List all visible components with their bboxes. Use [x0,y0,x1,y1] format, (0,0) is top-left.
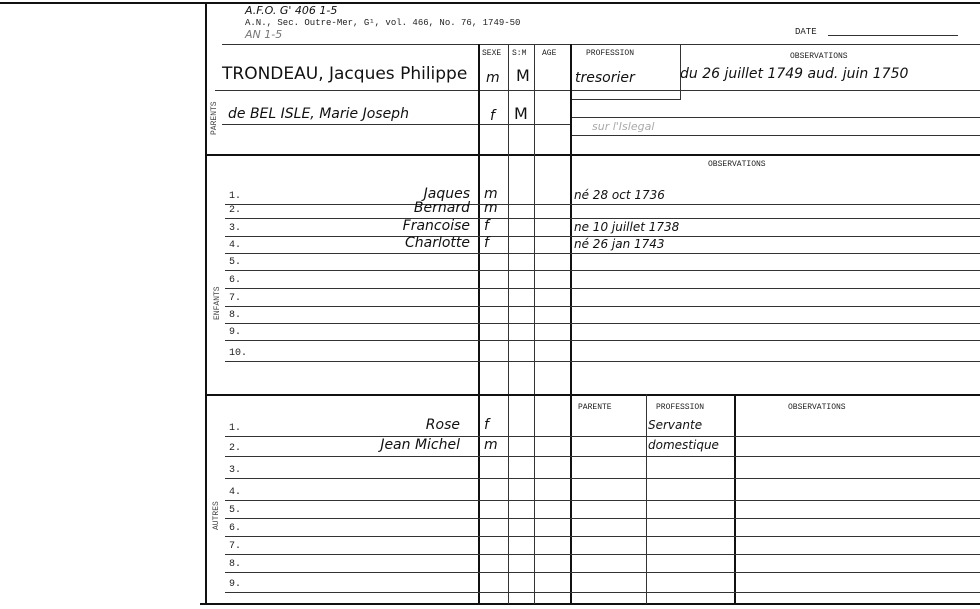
row-line [225,592,980,593]
enfant-sexe: f [484,235,489,251]
enfant-row-number: 2. [229,205,241,216]
autre-name: Rose [370,417,460,433]
col-age-header: AGE [542,49,556,58]
autre-profession: domestique [648,438,719,452]
autre-row-number: 9. [229,579,241,590]
col-sm-header: S:M [512,49,526,58]
mother-sm: M [514,104,528,123]
row-line [570,135,980,136]
enfant-sexe: f [484,218,489,234]
row-line [225,456,980,457]
col-line-age [534,44,535,604]
row-line [225,500,980,501]
enfant-sexe: m [484,200,498,216]
enfant-row-number: 7. [229,293,241,304]
autre-row-number: 1. [229,423,241,434]
form-left-border [205,4,207,604]
enfant-row-number: 1. [229,191,241,202]
father-observations: du 26 juillet 1749 aud. juin 1750 [680,66,908,82]
col-autres-profession-header: PROFESSION [656,403,704,412]
row-line [225,323,980,324]
enfant-row-number: 6. [229,275,241,286]
father-name: TRONDEAU, Jacques Philippe [222,64,467,84]
father-sm: M [516,66,530,85]
row-line [225,204,980,205]
row-line [570,117,980,118]
autre-row-number: 8. [229,559,241,570]
source-citation: A.N., Sec. Outre-Mer, G¹, vol. 466, No. … [245,18,520,28]
row-line [225,340,980,341]
row-line [215,90,570,91]
row-line [570,90,980,91]
section-divider [206,154,980,156]
autres-section-label: AUTRES [212,501,221,530]
row-line [225,572,980,573]
enfant-name: Francoise [390,218,470,234]
enfant-observations: né 26 jan 1743 [574,237,665,251]
enfant-observations: né 28 oct 1736 [574,188,665,202]
mother-observations: sur l'Islegal [592,120,654,133]
row-line [225,270,980,271]
top-border [0,2,980,4]
row-line [225,288,980,289]
autre-row-number: 3. [229,465,241,476]
autre-sexe: m [484,437,498,453]
autre-row-number: 5. [229,505,241,516]
date-label: DATE [795,27,817,37]
autre-row-number: 6. [229,523,241,534]
header-divider [222,44,980,45]
col-line-sm [508,44,509,604]
parents-section-label: PARENTS [210,101,219,135]
autre-row-number: 4. [229,487,241,498]
row-line [225,253,980,254]
autre-name: Jean Michel [370,437,460,453]
father-profession: tresorier [575,70,635,86]
col-autres-observations-header: OBSERVATIONS [788,403,846,412]
col-profession-header: PROFESSION [586,49,634,58]
col-sexe-header: SEXE [482,49,501,58]
autre-row-number: 2. [229,443,241,454]
enfants-observations-header: OBSERVATIONS [708,160,766,169]
enfant-row-number: 8. [229,310,241,321]
row-line [225,554,980,555]
enfant-observations: ne 10 juillet 1738 [574,220,679,234]
row-line [225,306,980,307]
row-line [225,218,980,219]
row-line [225,518,980,519]
row-line [225,536,980,537]
col-line [680,44,681,100]
col-line-sexe [478,44,480,604]
row-line [570,99,680,100]
enfant-row-number: 10. [229,348,247,359]
col-line-profession [570,44,572,604]
row-line [225,436,980,437]
autre-profession: Servante [648,418,702,432]
col-parente-header: PARENTE [578,403,612,412]
enfant-row-number: 4. [229,240,241,251]
section-divider [206,394,980,396]
date-field[interactable] [828,35,958,36]
autre-sexe: f [484,417,489,433]
enfant-row-number: 5. [229,257,241,268]
mother-sexe: f [490,108,495,124]
ref-handwritten-2: AN 1-5 [245,28,282,41]
col-observations-header: OBSERVATIONS [790,52,848,61]
autre-row-number: 7. [229,541,241,552]
row-line [225,478,980,479]
row-line [222,124,570,125]
enfant-name: Bernard [390,200,470,216]
enfant-name: Charlotte [390,235,470,251]
enfant-row-number: 3. [229,223,241,234]
ref-handwritten: A.F.O. G' 406 1-5 [245,4,337,17]
row-line [225,361,980,362]
form-bottom-border [200,603,980,605]
enfant-row-number: 9. [229,327,241,338]
enfants-section-label: ENFANTS [213,286,222,320]
mother-name: de BEL ISLE, Marie Joseph [228,106,409,122]
father-sexe: m [486,70,500,86]
